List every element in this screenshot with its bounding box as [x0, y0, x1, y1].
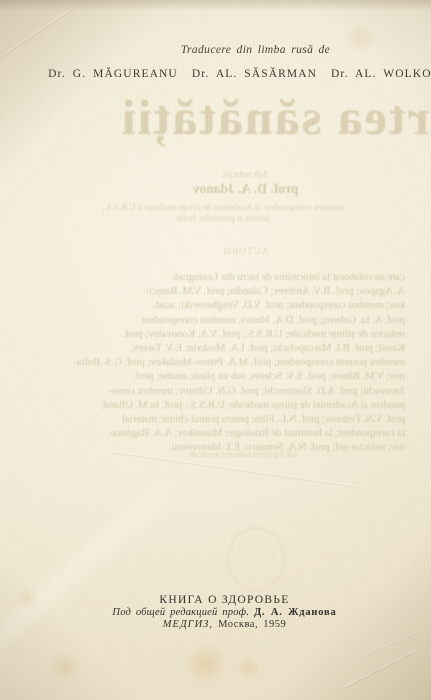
bleedthrough-paragraph-line: membru prezent corespondent; prof. M.A. … — [33, 356, 405, 370]
bleedthrough-editor-detail-2: laureat al premiului Stalin — [0, 213, 431, 223]
stain-spot — [48, 652, 82, 682]
editor-name: Д. А. Жданова — [254, 607, 337, 618]
bleedthrough-editor-detail-1: membru corespondent al Academiei de știi… — [0, 202, 431, 212]
scanned-book-page: Cartea sănătății Sub redacția prof. D. A… — [0, 0, 431, 700]
crease-line — [109, 451, 357, 487]
bleedthrough-paragraph-line: rov; redactor-șef; prof. N.A. Semașco; E… — [33, 441, 405, 455]
editor-prefix: Под общей редакцией проф. — [112, 607, 249, 618]
imprint-block: КНИГА О ЗДОРОВЬЕ Под общей редакцией про… — [10, 594, 431, 630]
bleedthrough-paragraph-line: pondent al Academiei de științe medicale… — [33, 399, 405, 413]
bleedthrough-section-word: AUTORII — [0, 247, 431, 257]
translators-line: Dr. G. MĂGUREANU Dr. AL. SĂSĂRMAN Dr. AL… — [80, 68, 431, 80]
city-year: Москва, 1959 — [218, 619, 286, 630]
bleedthrough-paragraph-line: Jucovschi; prof. A.D. Slonimschi; prof. … — [33, 385, 405, 399]
translator-name: Dr. AL. WOLKONSKI — [331, 68, 431, 80]
crease-line — [342, 649, 418, 688]
original-series-title: КНИГА О ЗДОРОВЬЕ — [10, 594, 431, 606]
bleedthrough-note: Sub redacția — [0, 169, 431, 179]
bleedthrough-paragraph-line: la corespondent; la Institutul de fiziol… — [33, 427, 405, 441]
bleedthrough-author-paragraph: care au colaborat la întocmirea de lucru… — [33, 271, 405, 456]
fold-highlight — [0, 483, 177, 660]
bleedthrough-paragraph-line: A. Agapov; prof. B.V. Andreev; Calandin;… — [33, 285, 405, 299]
translator-name: Dr. G. MĂGUREANU — [48, 68, 178, 80]
bleedthrough-paragraph-line: prof. V.N. Fedorov; prof. N.L. Filin; pe… — [33, 413, 405, 427]
translation-note: Traducere din limba rusă de — [80, 44, 431, 56]
bleedthrough-title: Cartea sănătății — [120, 92, 431, 142]
embossed-stamp — [227, 527, 285, 591]
bleedthrough-paragraph-line: nov; V.M. Blinov; prof. S.V. Sclerov, su… — [33, 370, 405, 384]
bleedthrough-tail-line: sub îngrijirea redacției medicale — [0, 449, 431, 459]
stain-spot — [237, 657, 261, 679]
bleedthrough-paragraph-line: Kassil; prof. B.I. Marcopolschi; prof. I… — [33, 342, 405, 356]
stain-spot — [183, 644, 229, 684]
translator-name: Dr. AL. SĂSĂRMAN — [192, 68, 317, 80]
publisher-name: МЕДГИЗ, — [163, 619, 213, 630]
original-editor-line: Под общей редакцией проф. Д. А. Жданова — [10, 607, 431, 618]
bleedthrough-editor: prof. D. A. Jdanov — [0, 181, 431, 197]
publisher-line: МЕДГИЗ, Москва, 1959 — [10, 619, 431, 630]
bleedthrough-paragraph-line: prof. A. Ia. Gubereț; prof. D.A. Jdanov,… — [33, 314, 405, 328]
crease-line — [0, 8, 73, 62]
bleedthrough-paragraph-line: kov; membru corespondent; prof. V.D. Ven… — [33, 299, 405, 313]
bleedthrough-paragraph-line: redactor de științe medicale; U.R.S.S.; … — [33, 328, 405, 342]
bleedthrough-paragraph-line: care au colaborat la întocmirea de lucru… — [33, 271, 405, 285]
crease-line — [367, 630, 423, 653]
